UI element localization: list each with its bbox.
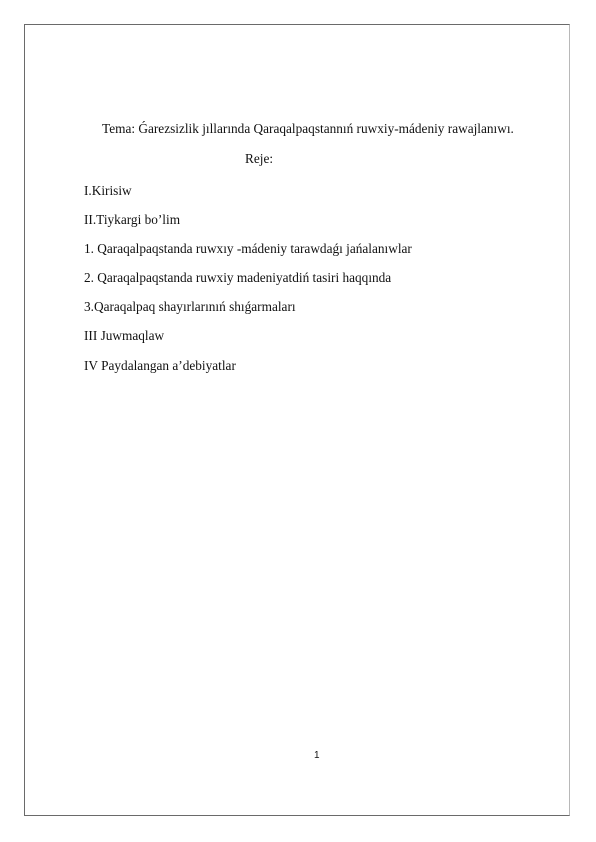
outline-item-introduction: I.Kirisiw xyxy=(84,183,132,199)
outline-item-section-1: 1. Qaraqalpaqstanda ruwxıy -mádeniy tara… xyxy=(84,241,412,257)
page-number: 1 xyxy=(314,750,320,762)
outline-item-section-3: 3.Qaraqalpaq shayırlarınıń shıǵarmaları xyxy=(84,299,296,315)
outline-item-section-2: 2. Qaraqalpaqstanda ruwxiy madeniyatdiń … xyxy=(84,270,391,286)
page-border xyxy=(24,24,570,816)
outline-item-references: IV Paydalangan a’debiyatlar xyxy=(84,358,236,374)
plan-heading: Reje: xyxy=(245,151,273,167)
document-title: Tema: Ǵarezsizlik jıllarında Qaraqalpaqs… xyxy=(102,121,514,137)
outline-item-main-part: II.Tiykargi bo’lim xyxy=(84,212,180,228)
outline-item-conclusion: III Juwmaqlaw xyxy=(84,328,164,344)
